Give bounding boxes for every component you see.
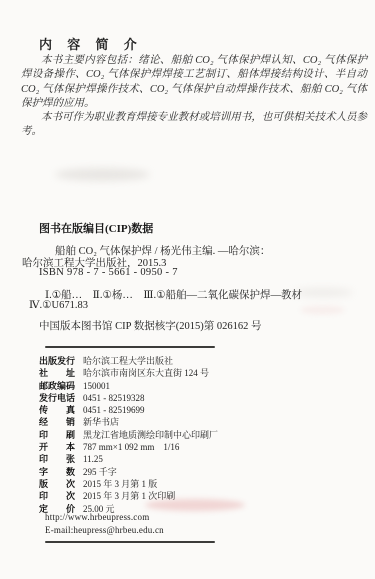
row-value: 2015 年 3 月第 1 版 [83, 478, 157, 490]
table-row: 邮政编码150001 [39, 380, 359, 392]
row-label: 字 数 [39, 466, 83, 478]
book-copyright-page: 内 容 简 介 本书主要内容包括：绪论、船舶 CO₂ 气体保护焊认知、CO₂ 气… [0, 0, 375, 579]
intro-heading: 内 容 简 介 [39, 34, 143, 53]
cip-heading: 图书在版编目(CIP)数据 [39, 220, 153, 236]
row-label: 社 址 [39, 367, 83, 379]
row-value: 295 千字 [83, 466, 117, 478]
row-value: 哈尔滨市南岗区东大直街 124 号 [83, 367, 209, 379]
intro-paragraph-1: 本书主要内容包括：绪论、船舶 CO₂ 气体保护焊认知、CO₂ 气体保护焊设备操作… [21, 54, 367, 111]
table-row: 社 址哈尔滨市南岗区东大直街 124 号 [39, 367, 359, 379]
row-label: 印 刷 [39, 429, 83, 441]
publisher-website: http://www.hrbeupress.com [45, 512, 149, 522]
row-label: 版 次 [39, 478, 83, 490]
divider-top [45, 346, 215, 348]
table-row: 传 真0451 - 82519699 [39, 404, 359, 416]
scan-artifact [55, 168, 150, 181]
table-row: 字 数295 千字 [39, 466, 359, 478]
intro-paragraph-2: 本书可作为职业教育焊接专业教材或培训用书，也可供相关技术人员参考。 [21, 111, 367, 140]
cip-record-number-line: 中国版本图书馆 CIP 数据核字(2015)第 026162 号 [39, 318, 261, 333]
row-label: 印 张 [39, 453, 83, 465]
row-label: 经 销 [39, 416, 83, 428]
row-label: 邮政编码 [39, 380, 83, 392]
table-row: 经 销新华书店 [39, 416, 359, 428]
table-row: 印 张11.25 [39, 453, 359, 465]
row-label: 印 次 [39, 490, 83, 502]
publisher-email: E-mail:heupress@hrbeu.edu.cn [45, 525, 164, 535]
row-label: 出版发行 [39, 355, 83, 367]
intro-summary: 本书主要内容包括：绪论、船舶 CO₂ 气体保护焊认知、CO₂ 气体保护焊设备操作… [21, 54, 367, 140]
table-row: 发行电话0451 - 82519328 [39, 392, 359, 404]
cip-isbn-line: ISBN 978 - 7 - 5661 - 0950 - 7 [39, 267, 178, 278]
row-value: 黑龙江省地质测绘印制中心印刷厂 [83, 429, 218, 441]
row-label: 传 真 [39, 404, 83, 416]
table-row: 出版发行哈尔滨工程大学出版社 [39, 355, 359, 367]
row-value: 11.25 [83, 453, 103, 465]
row-value: 0451 - 82519699 [83, 404, 145, 416]
row-value: 新华书店 [83, 416, 119, 428]
row-value: 0451 - 82519328 [83, 392, 145, 404]
row-value: 哈尔滨工程大学出版社 [83, 355, 173, 367]
scan-artifact [300, 306, 345, 314]
row-value: 150001 [83, 380, 110, 392]
table-row: 印 次2015 年 3 月第 1 次印刷 [39, 490, 359, 502]
row-label: 开 本 [39, 441, 83, 453]
table-row: 开 本787 mm×1 092 mm 1/16 [39, 441, 359, 453]
row-value: 787 mm×1 092 mm 1/16 [83, 441, 179, 453]
table-row: 版 次2015 年 3 月第 1 版 [39, 478, 359, 490]
row-label: 发行电话 [39, 392, 83, 404]
table-row: 印 刷黑龙江省地质测绘印制中心印刷厂 [39, 429, 359, 441]
colophon-table: 出版发行哈尔滨工程大学出版社 社 址哈尔滨市南岗区东大直街 124 号 邮政编码… [39, 355, 359, 515]
cip-classification-line-2: Ⅳ.①U671.83 [29, 299, 88, 311]
divider-bottom [45, 541, 215, 543]
row-value: 2015 年 3 月第 1 次印刷 [83, 490, 175, 502]
